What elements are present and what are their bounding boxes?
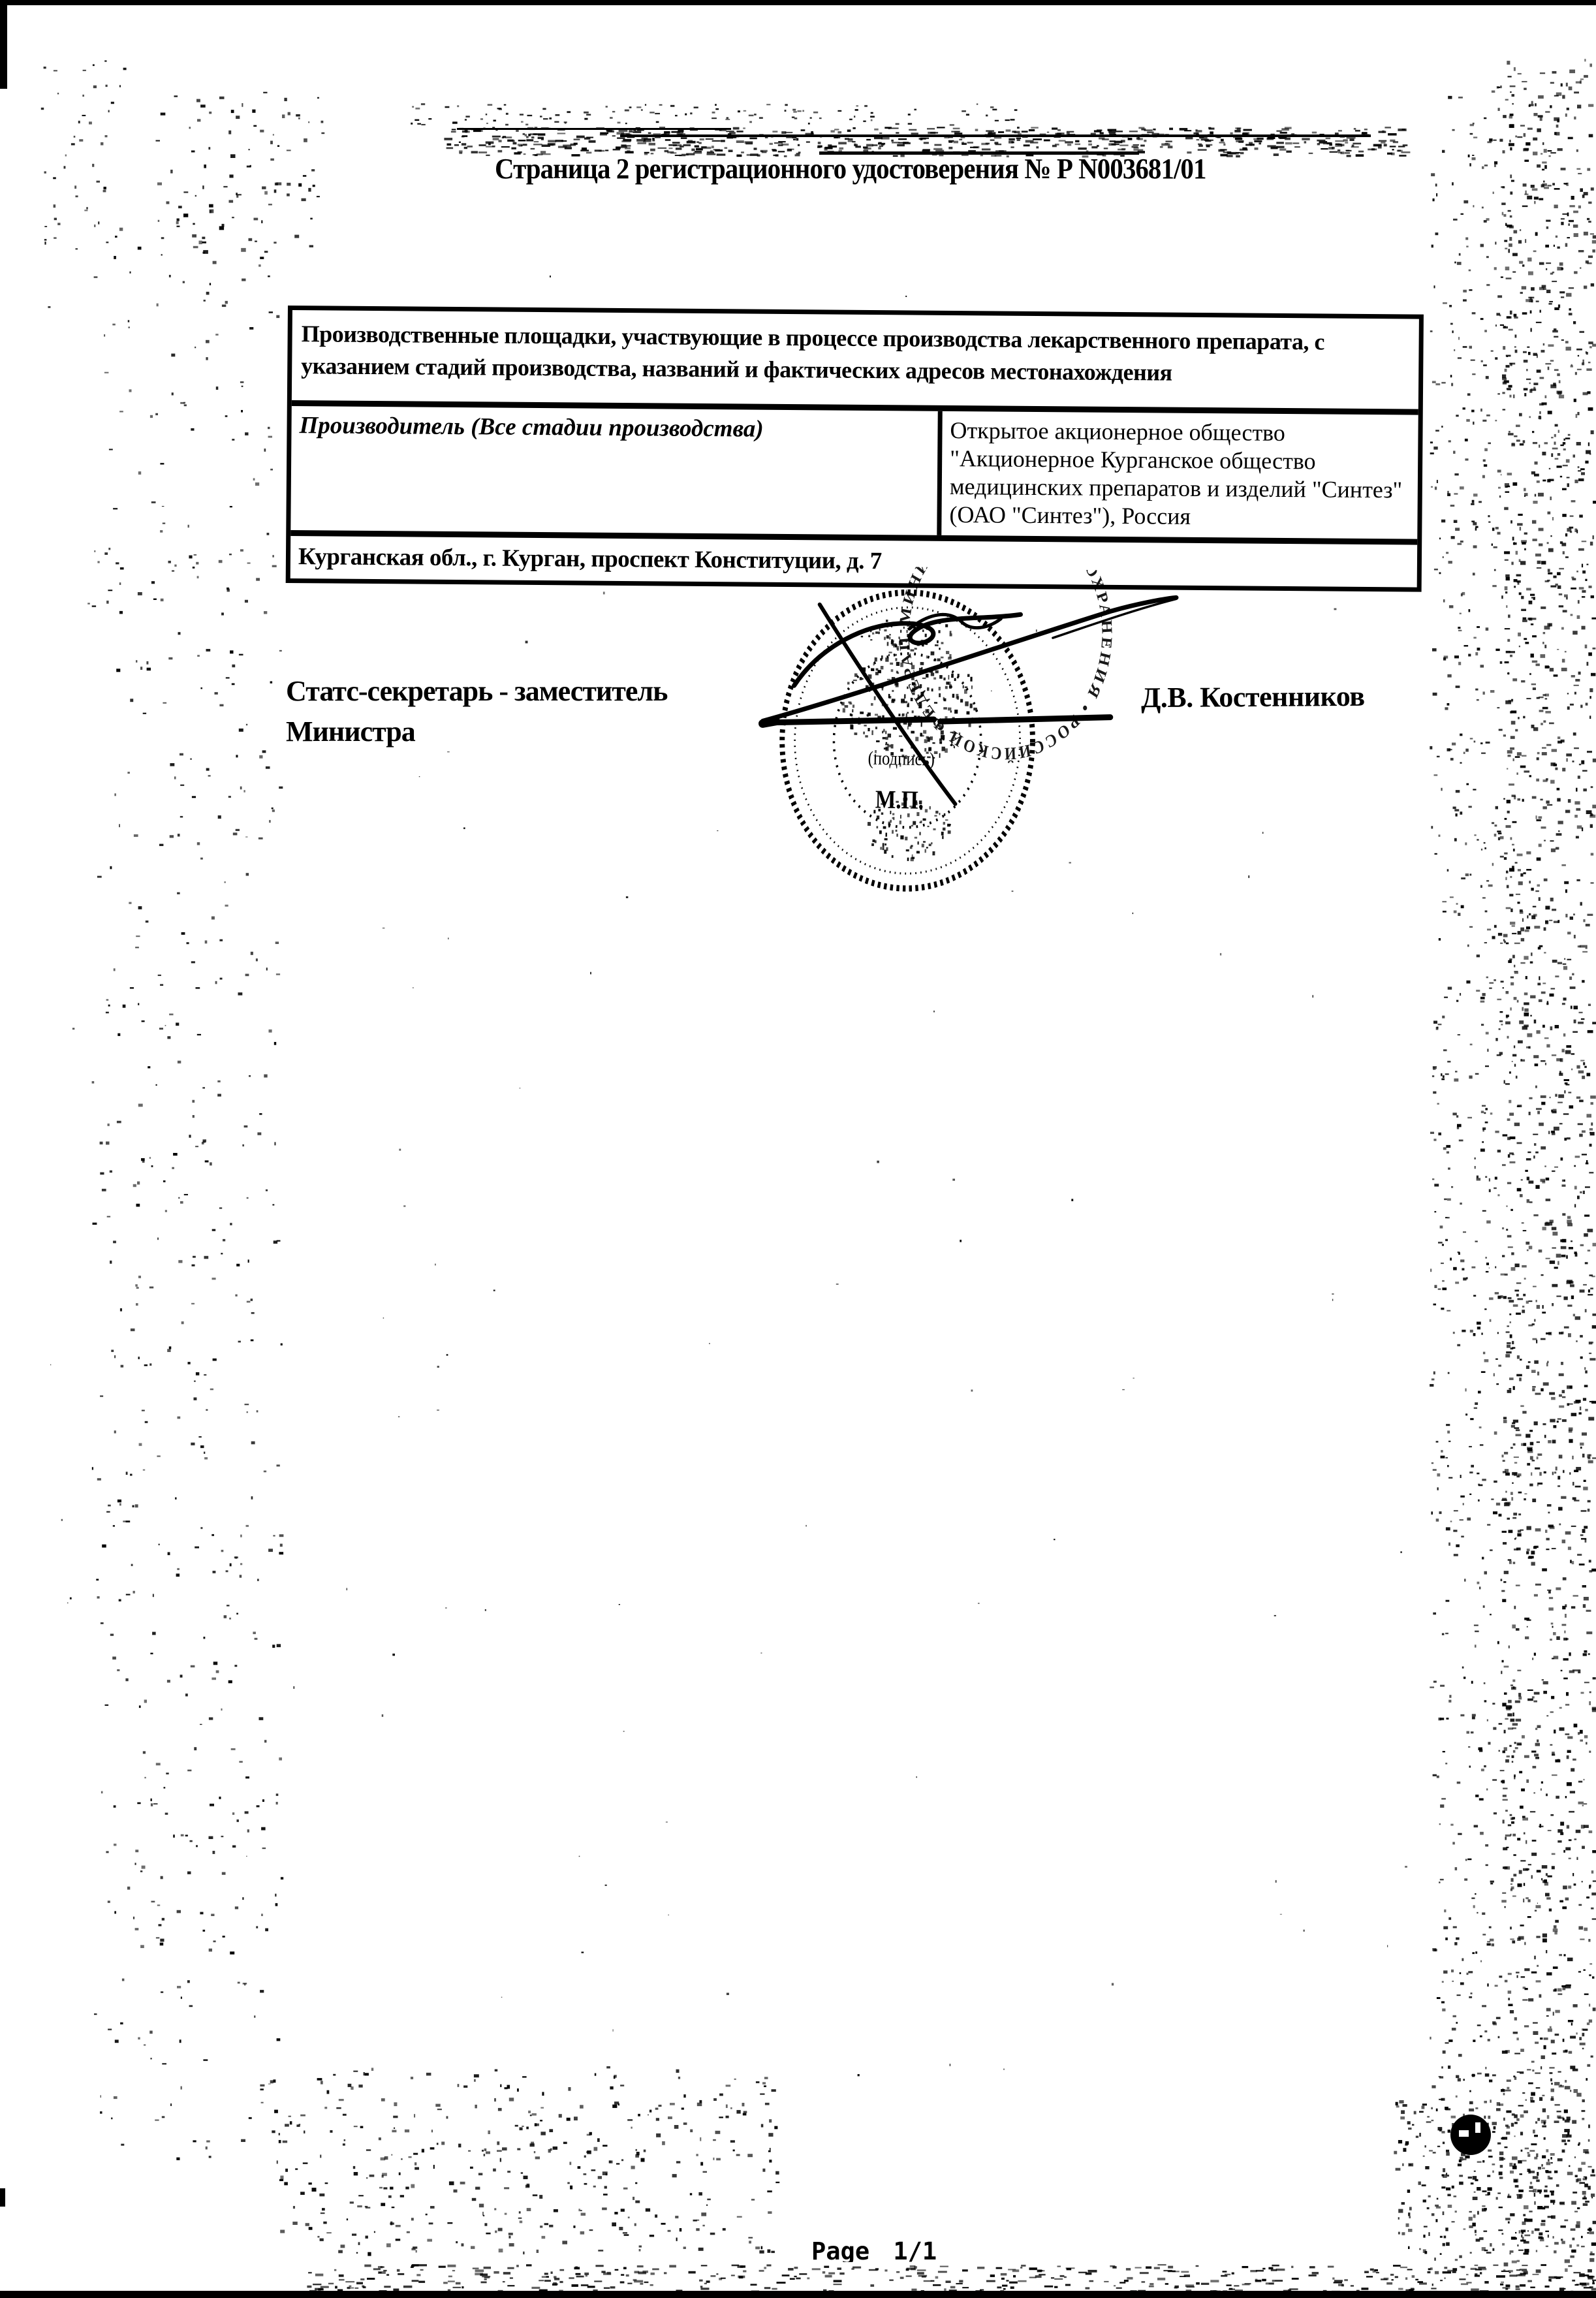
punch-hole-highlight [1459,2130,1469,2137]
page-footer: Page 1/1 [811,2237,937,2262]
scan-border-left-tick [0,5,7,89]
signature-line [941,714,1110,725]
scan-border-bottom [0,2291,1596,2298]
punch-hole-mark [1450,2115,1491,2155]
production-sites-table: Производственные площадки, участвующие в… [286,306,1424,592]
signatory-post-line1: Статс-секретарь - заместитель [286,671,667,712]
official-seal: МИНИСТЕРСТВО ЗДРАВООХРАНЕНИЯ • РОССИЙСКО… [741,564,1204,924]
seal-rings: МИНИСТЕРСТВО ЗДРАВООХРАНЕНИЯ • РОССИЙСКО… [779,564,1117,892]
punch-hole-highlight [1475,2122,1480,2133]
signature-line [763,721,776,723]
table-producer-row: Производитель (Все стадии производства) … [290,406,1418,545]
scan-border-left-tick-small [0,2188,5,2207]
seal-stamp-mark: М.П. [875,785,924,815]
table-header-cell: Производственные площадки, участвующие в… [292,310,1419,415]
signatory-post: Статс-секретарь - заместитель Министра [286,671,667,752]
producer-name-line: Открытое акционерное общество [950,417,1411,449]
scanned-document-page: Страница 2 регистрационного удостоверени… [0,0,1596,2298]
seal-caption: (подпись) [868,748,935,770]
producer-role-cell: Производитель (Все стадии производства) [290,406,942,535]
producer-name-line: "Акционерное Курганское общество [950,445,1411,477]
producer-name-cell: Открытое акционерное общество "Акционерн… [941,411,1418,539]
scan-border-top [0,0,1596,5]
producer-name-line: (ОАО "Синтез"), Россия [949,501,1411,533]
signatory-post-line2: Министра [286,712,667,752]
producer-name-line: медицинских препаратов и изделий "Синтез… [950,473,1411,505]
page-title: Страница 2 регистрационного удостоверени… [495,152,1206,185]
